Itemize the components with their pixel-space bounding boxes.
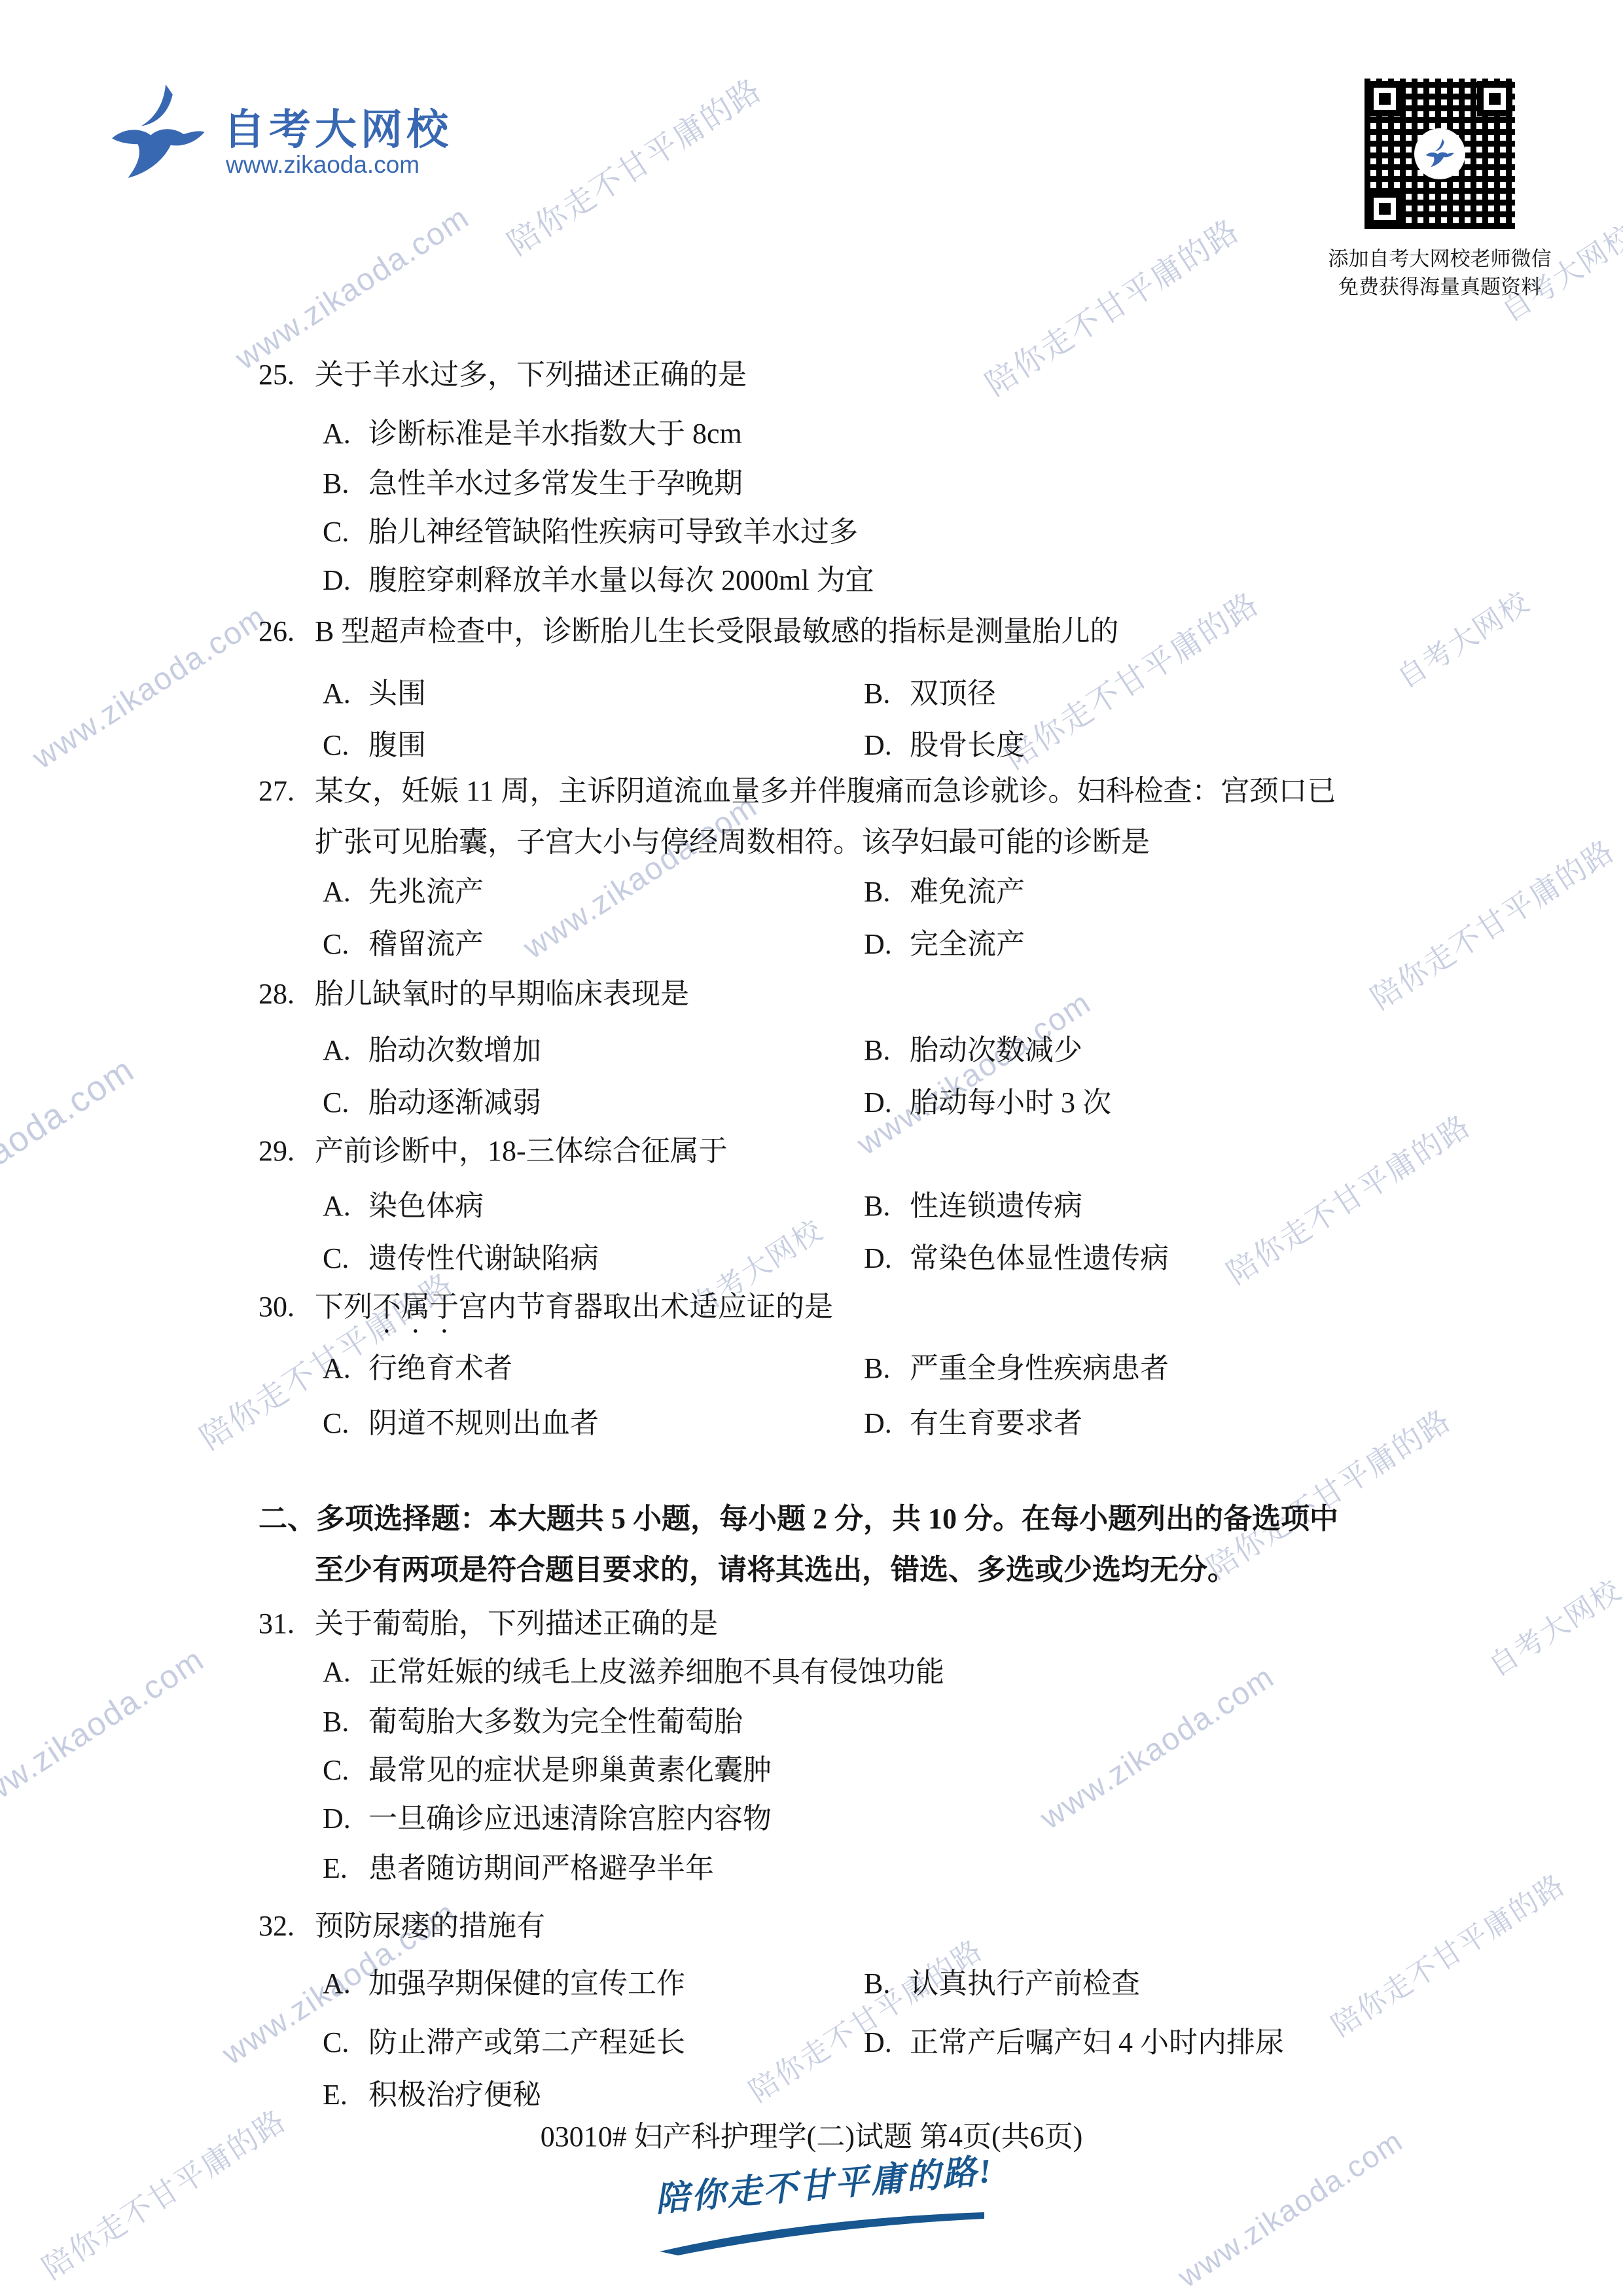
qr-block: 添加自考大网校老师微信 免费获得海量真题资料 xyxy=(1306,79,1574,301)
option-label: A. xyxy=(323,1189,368,1223)
question-number: 32. xyxy=(259,1909,315,1943)
option-28-c: C.胎动逐渐减弱 xyxy=(323,1079,541,1121)
option-text: 加强孕期保健的宣传工作 xyxy=(368,1967,685,2000)
option-text: 双顶径 xyxy=(910,677,996,709)
option-label: C. xyxy=(323,1407,368,1440)
option-27-c: C.稽留流产 xyxy=(323,920,484,962)
option-label: C. xyxy=(323,728,368,762)
watermark-text: 陪你走不甘平庸的路 xyxy=(1322,1862,1572,2045)
option-30-a: A.行绝育术者 xyxy=(323,1344,512,1386)
option-text: 阴道不规则出血者 xyxy=(368,1407,599,1439)
option-text: 有生育要求者 xyxy=(910,1407,1082,1439)
qr-finder-icon xyxy=(1477,81,1512,117)
option-text: 胎动次数增加 xyxy=(368,1034,541,1066)
option-text: 稽留流产 xyxy=(368,928,484,960)
option-25-c: C.胎儿神经管缺陷性疾病可导致羊水过多 xyxy=(323,508,858,550)
question-27-stem-line1: 27.某女，妊娠 11 周，主诉阴道流血量多并伴腹痛而急诊就诊。妇科检查：宫颈口… xyxy=(259,767,1336,809)
option-text: 先兆流产 xyxy=(368,876,484,908)
option-text: 胎动每小时 3 次 xyxy=(910,1086,1111,1119)
option-32-a: A.加强孕期保健的宣传工作 xyxy=(323,1960,685,2001)
option-text: 诊断标准是羊水指数大于 8cm xyxy=(368,418,742,450)
option-28-b: B.胎动次数减少 xyxy=(864,1026,1082,1068)
option-32-c: C.防止滞产或第二产程延长 xyxy=(323,2018,685,2060)
option-31-d: D.一旦确诊应迅速清除宫腔内容物 xyxy=(323,1795,772,1837)
option-label: B. xyxy=(864,1967,910,2000)
question-stem-text: 关于羊水过多，下列描述正确的是 xyxy=(315,359,747,391)
question-number: 27. xyxy=(259,774,315,808)
option-label: A. xyxy=(323,1967,368,2000)
option-label: D. xyxy=(323,564,368,597)
option-27-d: D.完全流产 xyxy=(864,920,1025,962)
option-label: D. xyxy=(864,1242,910,1275)
option-text: 积极治疗便秘 xyxy=(368,2079,541,2111)
option-text: 胎儿神经管缺陷性疾病可导致羊水过多 xyxy=(368,516,858,548)
question-31-stem: 31.关于葡萄胎，下列描述正确的是 xyxy=(259,1600,718,1641)
watermark-text: www.zikaoda.com xyxy=(26,598,273,776)
option-30-d: D.有生育要求者 xyxy=(864,1399,1082,1441)
option-26-d: D.股骨长度 xyxy=(864,721,1025,763)
option-label: A. xyxy=(323,1655,368,1689)
question-stem-text: 下列 xyxy=(315,1291,372,1323)
option-text: 难免流产 xyxy=(910,876,1025,908)
option-label: D. xyxy=(864,728,910,762)
option-label: A. xyxy=(323,1033,368,1067)
slogan-swoosh-icon xyxy=(658,2210,986,2255)
watermark-text: zikaoda.com xyxy=(0,1049,141,1199)
watermark-text: 自考大网校 xyxy=(1479,1568,1623,1685)
option-label: A. xyxy=(323,1352,368,1385)
option-text: 头围 xyxy=(368,677,426,709)
option-text: 常染色体显性遗传病 xyxy=(910,1242,1169,1274)
watermark-text: www.zikaoda.com xyxy=(517,788,764,966)
question-number: 25. xyxy=(259,358,315,391)
question-number: 29. xyxy=(259,1134,315,1168)
watermark-text: www.zikaoda.com xyxy=(0,1640,211,1825)
option-32-d: D.正常产后嘱产妇 4 小时内排尿 xyxy=(864,2018,1284,2060)
option-text: 患者随访期间严格避孕半年 xyxy=(368,1852,714,1884)
question-29-stem: 29.产前诊断中，18-三体综合征属于 xyxy=(259,1127,728,1169)
option-28-a: A.胎动次数增加 xyxy=(323,1026,541,1068)
option-label: C. xyxy=(323,1753,368,1787)
option-label: B. xyxy=(864,1352,910,1385)
option-27-a: A.先兆流产 xyxy=(323,868,484,910)
option-label: C. xyxy=(323,1242,368,1275)
option-text: 一旦确诊应迅速清除宫腔内容物 xyxy=(368,1803,772,1835)
watermark-text: 自考大网校 xyxy=(1387,579,1537,696)
option-label: E. xyxy=(323,2078,368,2111)
option-28-d: D.胎动每小时 3 次 xyxy=(864,1079,1111,1121)
option-30-b: B.严重全身性疾病患者 xyxy=(864,1344,1169,1386)
qr-finder-icon xyxy=(1367,81,1402,117)
option-text: 胎动次数减少 xyxy=(910,1034,1082,1066)
question-number: 30. xyxy=(259,1290,315,1323)
option-label: C. xyxy=(323,515,368,548)
watermark-text: 陪你走不甘平庸的路 xyxy=(497,65,769,264)
question-26-stem: 26.B 型超声检查中，诊断胎儿生长受限最敏感的指标是测量胎儿的 xyxy=(259,607,1118,649)
option-text: 行绝育术者 xyxy=(368,1352,512,1384)
watermark-text: www.zikaoda.com xyxy=(1034,1659,1281,1837)
watermark-text: 陪你走不甘平庸的路 xyxy=(1217,1103,1478,1293)
option-text: 腹围 xyxy=(368,729,426,761)
option-text: 完全流产 xyxy=(910,928,1025,960)
watermark-text: 陪你走不甘平庸的路 xyxy=(975,206,1247,404)
question-stem-text: 胎儿缺氧时的早期临床表现是 xyxy=(315,978,689,1010)
question-stem-emphasized: 不属于 xyxy=(372,1291,459,1323)
question-number: 28. xyxy=(259,977,315,1011)
option-label: C. xyxy=(323,2026,368,2059)
option-32-e: E.积极治疗便秘 xyxy=(323,2071,541,2113)
option-31-e: E.患者随访期间严格避孕半年 xyxy=(323,1844,714,1886)
watermark-text: 陪你走不甘平庸的路 xyxy=(1361,828,1622,1018)
option-29-b: B.性连锁遗传病 xyxy=(864,1182,1082,1224)
option-26-b: B.双顶径 xyxy=(864,670,996,711)
option-25-a: A.诊断标准是羊水指数大于 8cm xyxy=(323,410,742,452)
option-label: E. xyxy=(323,1852,368,1885)
option-31-a: A.正常妊娠的绒毛上皮滋养细胞不具有侵蚀功能 xyxy=(323,1648,944,1690)
page-footer: 03010# 妇产科护理学(二)试题 第4页(共6页) xyxy=(0,2113,1623,2155)
question-stem-text: 关于葡萄胎，下列描述正确的是 xyxy=(315,1607,718,1640)
option-text: 葡萄胎大多数为完全性葡萄胎 xyxy=(368,1706,743,1738)
brand-slogan: 陪你走不甘平庸的路! xyxy=(654,2157,1008,2262)
question-30-stem: 30.下列不属于宫内节育器取出术适应证的是 xyxy=(259,1283,833,1339)
option-text: 认真执行产前检查 xyxy=(910,1967,1140,2000)
option-29-c: C.遗传性代谢缺陷病 xyxy=(323,1234,599,1276)
option-text: 胎动逐渐减弱 xyxy=(368,1086,541,1119)
option-text: 急性羊水过多常发生于孕晚期 xyxy=(368,467,743,499)
question-stem-text: 扩张可见胎囊，子宫大小与停经周数相符。该孕妇最可能的诊断是 xyxy=(315,826,1150,858)
brand-url: www.zikaoda.com xyxy=(226,151,419,179)
option-26-a: A.头围 xyxy=(323,670,426,711)
qr-caption-line2: 免费获得海量真题资料 xyxy=(1306,273,1574,301)
option-text: 正常妊娠的绒毛上皮滋养细胞不具有侵蚀功能 xyxy=(368,1656,944,1688)
bird-logo-icon xyxy=(1425,139,1455,169)
question-32-stem: 32.预防尿瘘的措施有 xyxy=(259,1902,545,1944)
option-text: 染色体病 xyxy=(368,1190,484,1222)
option-29-d: D.常染色体显性遗传病 xyxy=(864,1234,1169,1276)
qr-finder-icon xyxy=(1367,191,1402,226)
option-label: B. xyxy=(864,677,910,710)
option-text: 遗传性代谢缺陷病 xyxy=(368,1242,599,1274)
qr-caption-line1: 添加自考大网校老师微信 xyxy=(1306,245,1574,273)
option-text: 最常见的症状是卵巢黄素化囊肿 xyxy=(368,1754,772,1786)
option-label: A. xyxy=(323,417,368,450)
qr-code xyxy=(1364,79,1515,229)
option-text: 性连锁遗传病 xyxy=(910,1190,1082,1222)
brand-logo: 自考大网校 www.zikaoda.com xyxy=(108,67,474,205)
exam-page: www.zikaoda.com 陪你走不甘平庸的路 陪你走不甘平庸的路 自考大网… xyxy=(0,0,1623,2296)
question-number: 31. xyxy=(259,1607,315,1640)
option-25-b: B.急性羊水过多常发生于孕晚期 xyxy=(323,459,743,501)
option-30-c: C.阴道不规则出血者 xyxy=(323,1399,599,1441)
option-label: B. xyxy=(323,1705,368,1738)
question-number: 26. xyxy=(259,615,315,648)
option-label: D. xyxy=(864,1086,910,1119)
question-25-stem: 25.关于羊水过多，下列描述正确的是 xyxy=(259,351,747,393)
option-label: A. xyxy=(323,677,368,710)
option-label: C. xyxy=(323,1086,368,1119)
brand-name: 自考大网校 xyxy=(223,96,452,156)
option-27-b: B.难免流产 xyxy=(864,868,1025,910)
section-2-heading-line1: 二、多项选择题：本大题共 5 小题，每小题 2 分，共 10 分。在每小题列出的… xyxy=(259,1495,1338,1537)
option-text: 严重全身性疾病患者 xyxy=(910,1352,1169,1384)
option-text: 腹腔穿刺释放羊水量以每次 2000ml 为宜 xyxy=(368,564,874,596)
option-label: C. xyxy=(323,927,368,961)
option-label: B. xyxy=(864,875,910,908)
option-29-a: A.染色体病 xyxy=(323,1182,484,1224)
option-text: 防止滞产或第二产程延长 xyxy=(368,2026,685,2058)
question-stem-text: B 型超声检查中，诊断胎儿生长受限最敏感的指标是测量胎儿的 xyxy=(315,615,1118,647)
question-27-stem-line2: 扩张可见胎囊，子宫大小与停经周数相符。该孕妇最可能的诊断是 xyxy=(315,818,1150,860)
question-stem-text: 产前诊断中，18-三体综合征属于 xyxy=(315,1135,728,1167)
section-2-heading-line2: 至少有两项是符合题目要求的，请将其选出，错选、多选或少选均无分。 xyxy=(315,1546,1236,1588)
option-text: 股骨长度 xyxy=(910,729,1025,761)
option-text: 正常产后嘱产妇 4 小时内排尿 xyxy=(910,2026,1284,2058)
question-28-stem: 28.胎儿缺氧时的早期临床表现是 xyxy=(259,970,689,1012)
option-label: D. xyxy=(864,927,910,961)
option-32-b: B.认真执行产前检查 xyxy=(864,1960,1140,2001)
option-label: D. xyxy=(864,1407,910,1440)
bird-logo-icon xyxy=(108,73,207,196)
option-label: B. xyxy=(323,467,368,500)
option-26-c: C.腹围 xyxy=(323,721,426,763)
question-stem-text: 某女，妊娠 11 周，主诉阴道流血量多并伴腹痛而急诊就诊。妇科检查：宫颈口已 xyxy=(315,775,1336,807)
watermark-text: 陪你走不甘平庸的路 xyxy=(1198,1397,1458,1588)
question-stem-text: 宫内节育器取出术适应证的是 xyxy=(459,1291,833,1323)
option-31-c: C.最常见的症状是卵巢黄素化囊肿 xyxy=(323,1746,772,1788)
option-label: D. xyxy=(864,2026,910,2059)
option-31-b: B.葡萄胎大多数为完全性葡萄胎 xyxy=(323,1698,743,1740)
watermark-text: www.zikaoda.com xyxy=(851,984,1097,1162)
qr-center-logo xyxy=(1414,128,1465,179)
qr-caption: 添加自考大网校老师微信 免费获得海量真题资料 xyxy=(1306,245,1574,301)
question-stem-text: 预防尿瘘的措施有 xyxy=(315,1910,545,1942)
option-25-d: D.腹腔穿刺释放羊水量以每次 2000ml 为宜 xyxy=(323,556,874,598)
option-label: A. xyxy=(323,875,368,908)
option-label: B. xyxy=(864,1189,910,1223)
option-label: B. xyxy=(864,1033,910,1067)
option-label: D. xyxy=(323,1802,368,1835)
